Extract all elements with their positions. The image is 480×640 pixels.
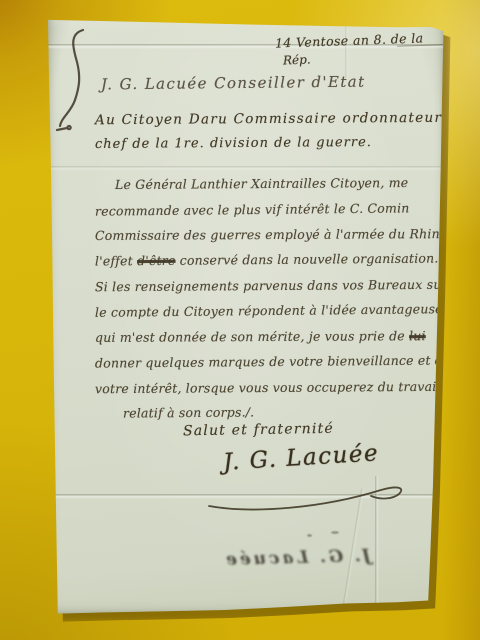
body-line: le compte du Citoyen répondent à l'idée … bbox=[95, 301, 443, 320]
closing-salutation: Salut et fraternité bbox=[183, 421, 334, 440]
signature-flourish-icon bbox=[203, 478, 413, 518]
body-line: recommande avec le plus vif intérêt le C… bbox=[95, 200, 410, 218]
body-line: donner quelques marques de votre bienvei… bbox=[95, 352, 451, 370]
recipient-line-1: Au Citoyen Daru Commissaire ordonnateur bbox=[95, 110, 442, 128]
manuscript-letter: 14 Ventose an 8. de la Rép. J. G. Lacuée… bbox=[45, 18, 445, 616]
sender-heading: J. G. Lacuée Conseiller d'Etat bbox=[101, 73, 366, 94]
body-line: votre intérêt, lorsque vous vous occuper… bbox=[95, 379, 441, 396]
recipient-line-2: chef de la 1re. division de la guerre. bbox=[95, 135, 372, 152]
fold-crease-upper bbox=[45, 166, 445, 171]
paraph-flourish-icon bbox=[53, 26, 99, 138]
body-line: qui m'est donnée de son mérite, je vous … bbox=[95, 328, 426, 345]
ink-smudge bbox=[307, 534, 312, 537]
letter-photograph: 14 Ventose an 8. de la Rép. J. G. Lacuée… bbox=[0, 0, 480, 640]
body-line: Le Général Lanthier Xaintrailles Citoyen… bbox=[115, 175, 408, 192]
body-line: l'effet d'être conservé dans la nouvelle… bbox=[95, 251, 439, 269]
date-filler-line bbox=[397, 44, 443, 47]
ink-smudge bbox=[331, 531, 339, 534]
date-line: 14 Ventose an 8. de la bbox=[275, 30, 424, 50]
body-line: Commissaire des guerres employé à l'armé… bbox=[95, 226, 456, 243]
signature: J. G. Lacuée bbox=[222, 440, 379, 475]
date-line-2: Rép. bbox=[283, 53, 311, 68]
body-line: Si les renseignements parvenus dans vos … bbox=[95, 277, 448, 294]
body-line: relatif à son corps./. bbox=[123, 404, 254, 420]
ink-transfer-blot: J. G. Lacuée bbox=[223, 546, 371, 570]
